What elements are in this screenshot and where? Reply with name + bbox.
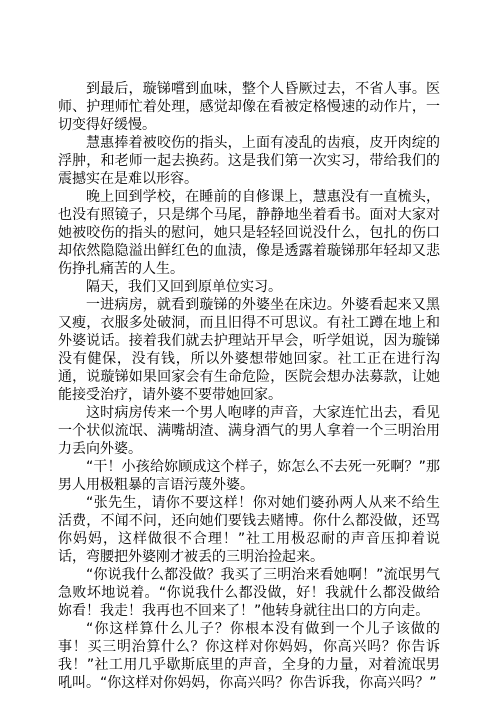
document-page: 到最后，璇锑嚐到血味，整个人昏厥过去，不省人事。医师、护理师忙着处理，感觉却像在… [0,0,501,711]
paragraph: 隔天，我们又回到原单位实习。 [58,278,440,296]
paragraph: “干！小孩给妳顾成这个样子，妳怎么不去死一死啊？”那男人用极粗暴的言语污蔑外婆。 [58,458,440,494]
paragraph: “张先生，请你不要这样！你对她们婆孙两人从来不给生活费，不闻不问，还向她们要钱去… [58,494,440,566]
paragraph: 到最后，璇锑嚐到血味，整个人昏厥过去，不省人事。医师、护理师忙着处理，感觉却像在… [58,80,440,134]
document-body: 到最后，璇锑嚐到血味，整个人昏厥过去，不省人事。医师、护理师忙着处理，感觉却像在… [58,80,440,692]
paragraph: “你说我什么都没做？我买了三明治来看她啊！”流氓男气急败坏地说着。“你说我什么都… [58,566,440,620]
paragraph: 慧惠捧着被咬伤的指头，上面有凌乱的齿痕，皮开肉绽的浮肿，和老师一起去换药。这是我… [58,134,440,188]
paragraph: 这时病房传来一个男人咆哮的声音，大家连忙出去，看见一个状似流氓、满嘴胡渣、满身酒… [58,404,440,458]
paragraph: 一进病房，就看到璇锑的外婆坐在床边。外婆看起来又黑又瘦，衣服多处破洞，而且旧得不… [58,296,440,404]
paragraph: “你这样算什么儿子？你根本没有做到一个儿子该做的事！买三明治算什么？你这样对你妈… [58,620,440,692]
paragraph: 晚上回到学校，在睡前的自修课上，慧惠没有一直梳头，也没有照镜子，只是绑个马尾，静… [58,188,440,278]
